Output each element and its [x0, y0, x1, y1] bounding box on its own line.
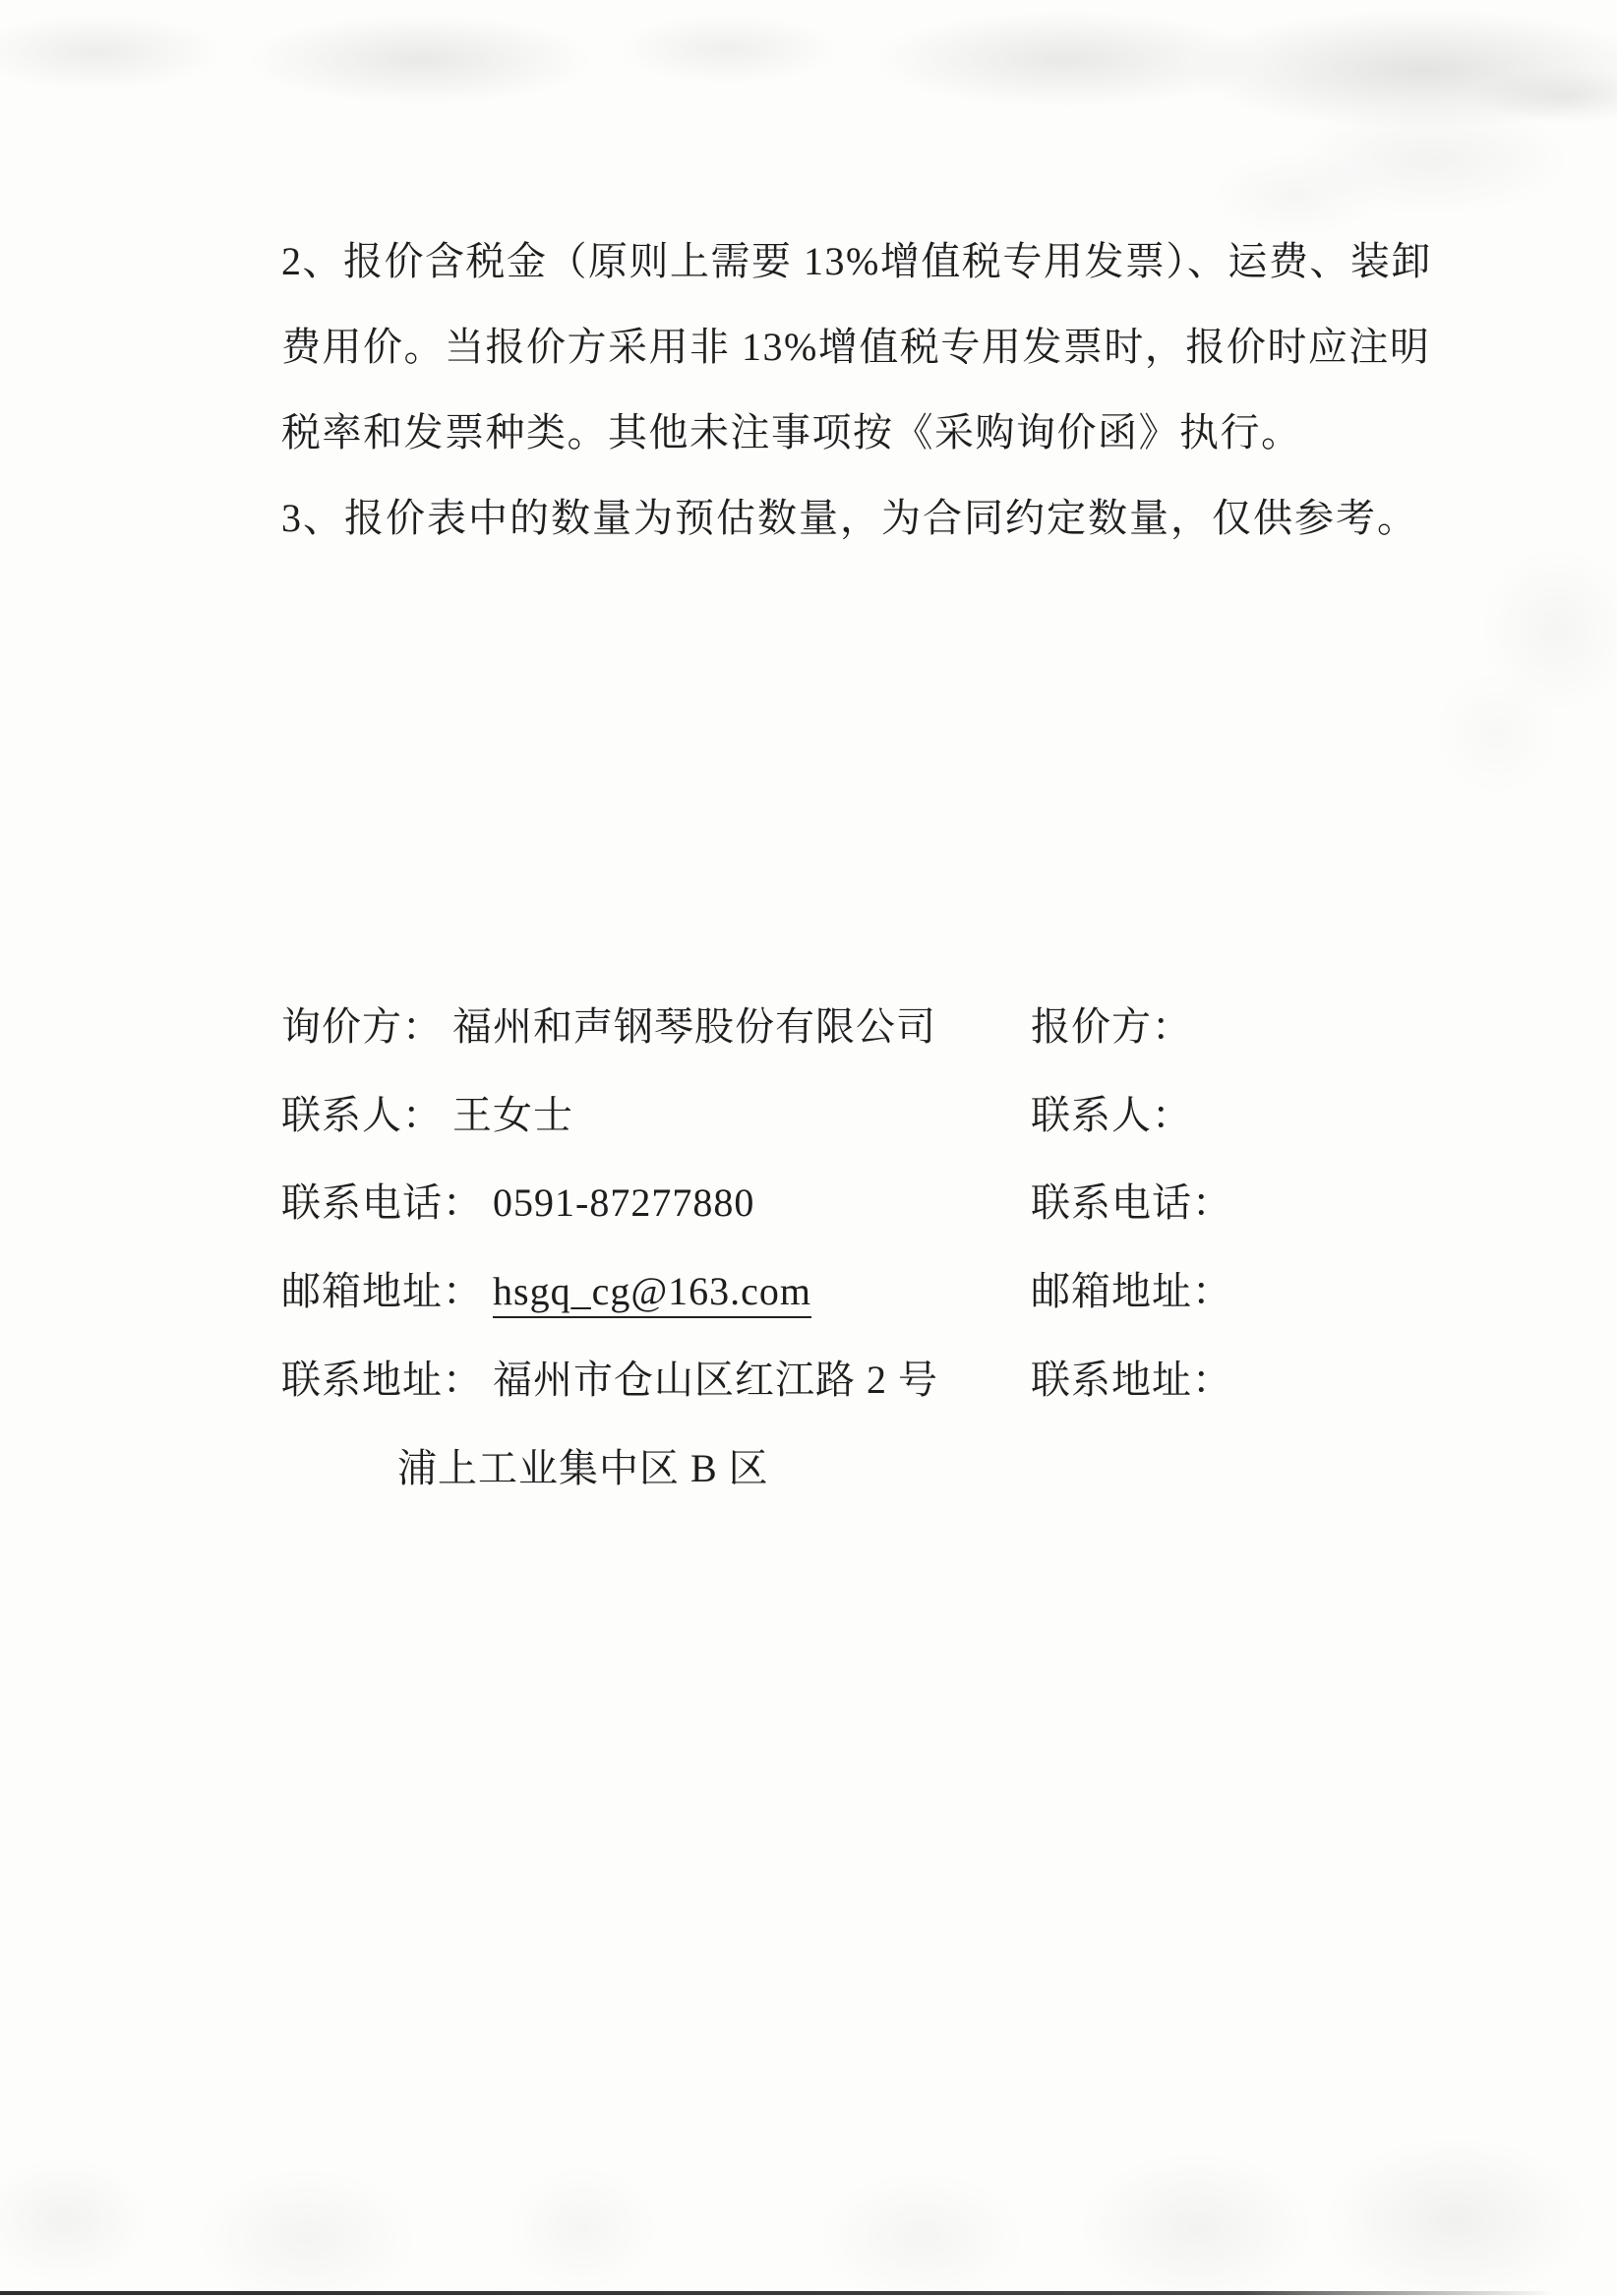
- inquiry-contact-label: 联系人：: [281, 1093, 443, 1137]
- inquiry-address-value-line1: 福州市仓山区红江路 2 号: [493, 1358, 938, 1402]
- inquiry-company-row: 询价方：福州和声钢琴股份有限公司: [281, 996, 936, 1052]
- inquiry-email-value: hsgq_cg@163.com: [493, 1269, 811, 1318]
- inquiry-address-label: 联系地址：: [281, 1358, 483, 1402]
- scan-noise-top: [0, 8, 1617, 155]
- inquiry-email-label: 邮箱地址：: [281, 1269, 483, 1313]
- scanner-edge-line: [0, 2291, 1554, 2295]
- inquiry-company-value: 福州和声钢琴股份有限公司: [452, 1004, 936, 1049]
- quote-phone-label: 联系电话：: [1031, 1172, 1232, 1228]
- quote-address-label: 联系地址：: [1031, 1349, 1232, 1405]
- quote-contact-label: 联系人：: [1031, 1084, 1192, 1140]
- inquiry-phone-value: 0591-87277880: [493, 1180, 754, 1225]
- note-item2-line1: 2、报价含税金（原则上需要 13%增值税专用发票）、运费、装卸: [281, 230, 1432, 286]
- inquiry-address-row: 联系地址：福州市仓山区红江路 2 号: [281, 1349, 938, 1405]
- note-item3-line1: 3、报价表中的数量为预估数量，为合同约定数量，仅供参考。: [281, 487, 1418, 543]
- note-item2-line2: 费用价。当报价方采用非 13%增值税专用发票时，报价时应注明: [281, 316, 1430, 372]
- inquiry-phone-label: 联系电话：: [281, 1180, 483, 1225]
- inquiry-contact-row: 联系人：王女士: [281, 1084, 573, 1140]
- inquiry-email-row: 邮箱地址：hsgq_cg@163.com: [281, 1260, 811, 1316]
- quote-company-label: 报价方：: [1031, 996, 1192, 1052]
- inquiry-address-value-line2: 浦上工业集中区 B 区: [397, 1446, 769, 1490]
- inquiry-address-row-continued: 浦上工业集中区 B 区: [397, 1437, 769, 1493]
- note-item2-line3: 税率和发票种类。其他未注事项按《采购询价函》执行。: [281, 401, 1302, 457]
- quote-email-label: 邮箱地址：: [1031, 1260, 1232, 1316]
- scan-noise-bottom: [0, 2115, 1617, 2290]
- inquiry-company-label: 询价方：: [281, 1004, 443, 1049]
- scanned-document-page: 2、报价含税金（原则上需要 13%增值税专用发票）、运费、装卸 费用价。当报价方…: [0, 0, 1617, 2296]
- inquiry-phone-row: 联系电话：0591-87277880: [281, 1172, 754, 1228]
- inquiry-contact-value: 王女士: [452, 1093, 573, 1137]
- scan-noise-right-middle: [1416, 512, 1617, 807]
